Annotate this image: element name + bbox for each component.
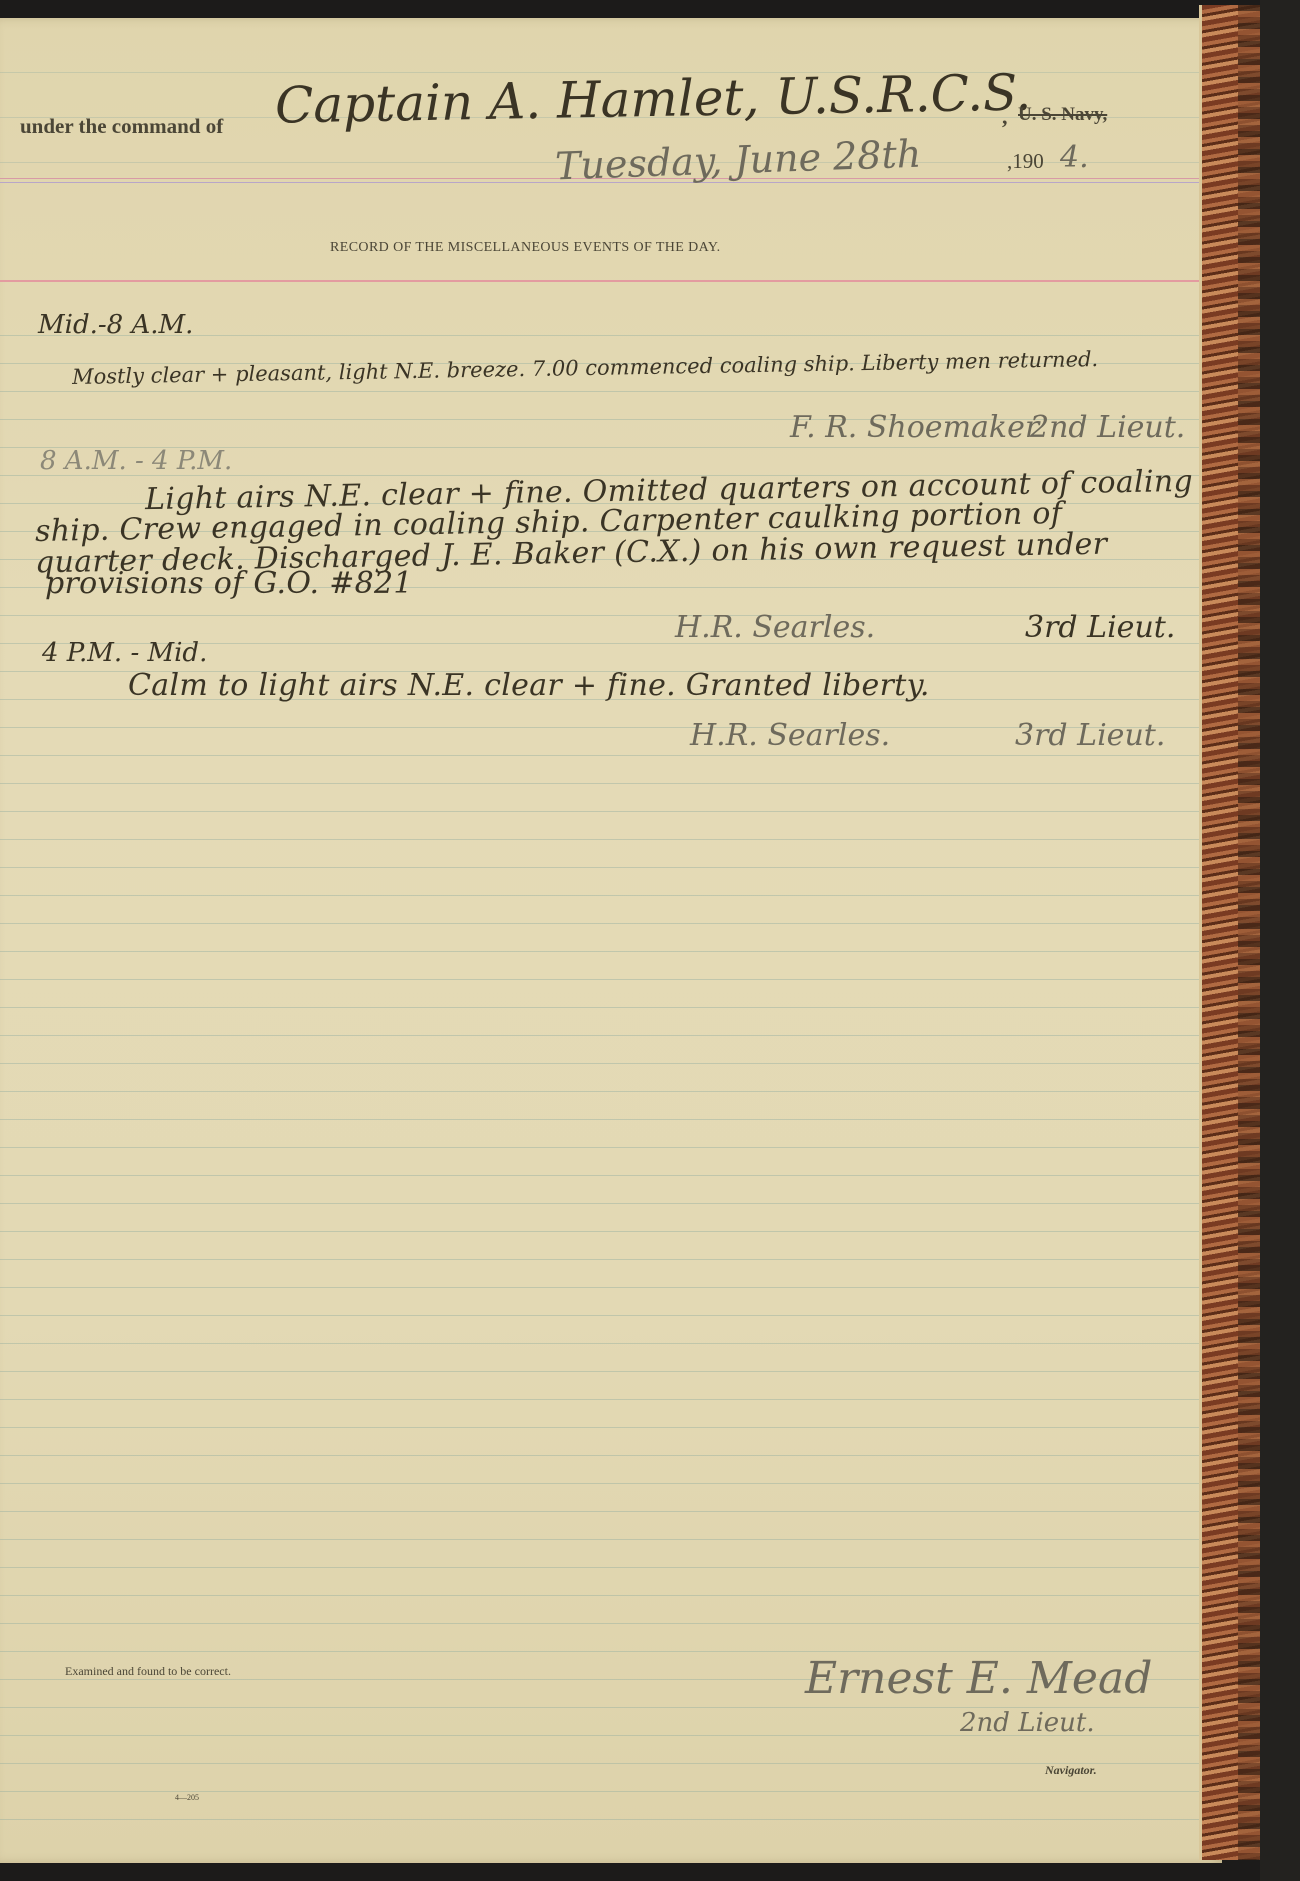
- year-printed: ,190: [1007, 149, 1044, 174]
- section-title: RECORD OF THE MISCELLANEOUS EVENTS OF TH…: [330, 240, 720, 256]
- officer-signature: F. R. Shoemaker: [790, 410, 1039, 445]
- examined-label: Examined and found to be correct.: [65, 1664, 231, 1679]
- book-cover-board: [1260, 0, 1300, 1881]
- watch-label: 8 A.M. - 4 P.M.: [40, 446, 232, 476]
- watch-label: 4 P.M. - Mid.: [42, 638, 207, 668]
- navigator-label: Navigator.: [1045, 1763, 1097, 1778]
- watch-label: Mid.-8 A.M.: [38, 310, 193, 340]
- officer-signature: H.R. Searles.: [675, 610, 875, 645]
- officer-rank: 2nd Lieut.: [1030, 410, 1185, 445]
- officer-rank: 3rd Lieut.: [1025, 610, 1175, 645]
- officer-signature: H.R. Searles.: [690, 718, 890, 753]
- year-digit: 4.: [1060, 140, 1089, 175]
- entry-line: Calm to light airs N.E. clear + fine. Gr…: [128, 668, 930, 703]
- navigator-rank: 2nd Lieut.: [960, 1708, 1095, 1738]
- form-number: 4—205: [175, 1793, 199, 1802]
- command-label: under the command of: [20, 114, 223, 139]
- struck-service-label: U. S. Navy,: [1018, 104, 1107, 126]
- marbled-fore-edge: [1199, 5, 1260, 1860]
- logbook-page: under the command of Captain A. Hamlet, …: [0, 18, 1222, 1863]
- navigator-signature: Ernest E. Mead: [805, 1653, 1152, 1704]
- header-comma: ,: [1002, 104, 1008, 130]
- section-rule: [0, 280, 1222, 282]
- entry-line: provisions of G.O. #821: [45, 566, 413, 601]
- officer-rank: 3rd Lieut.: [1015, 718, 1165, 753]
